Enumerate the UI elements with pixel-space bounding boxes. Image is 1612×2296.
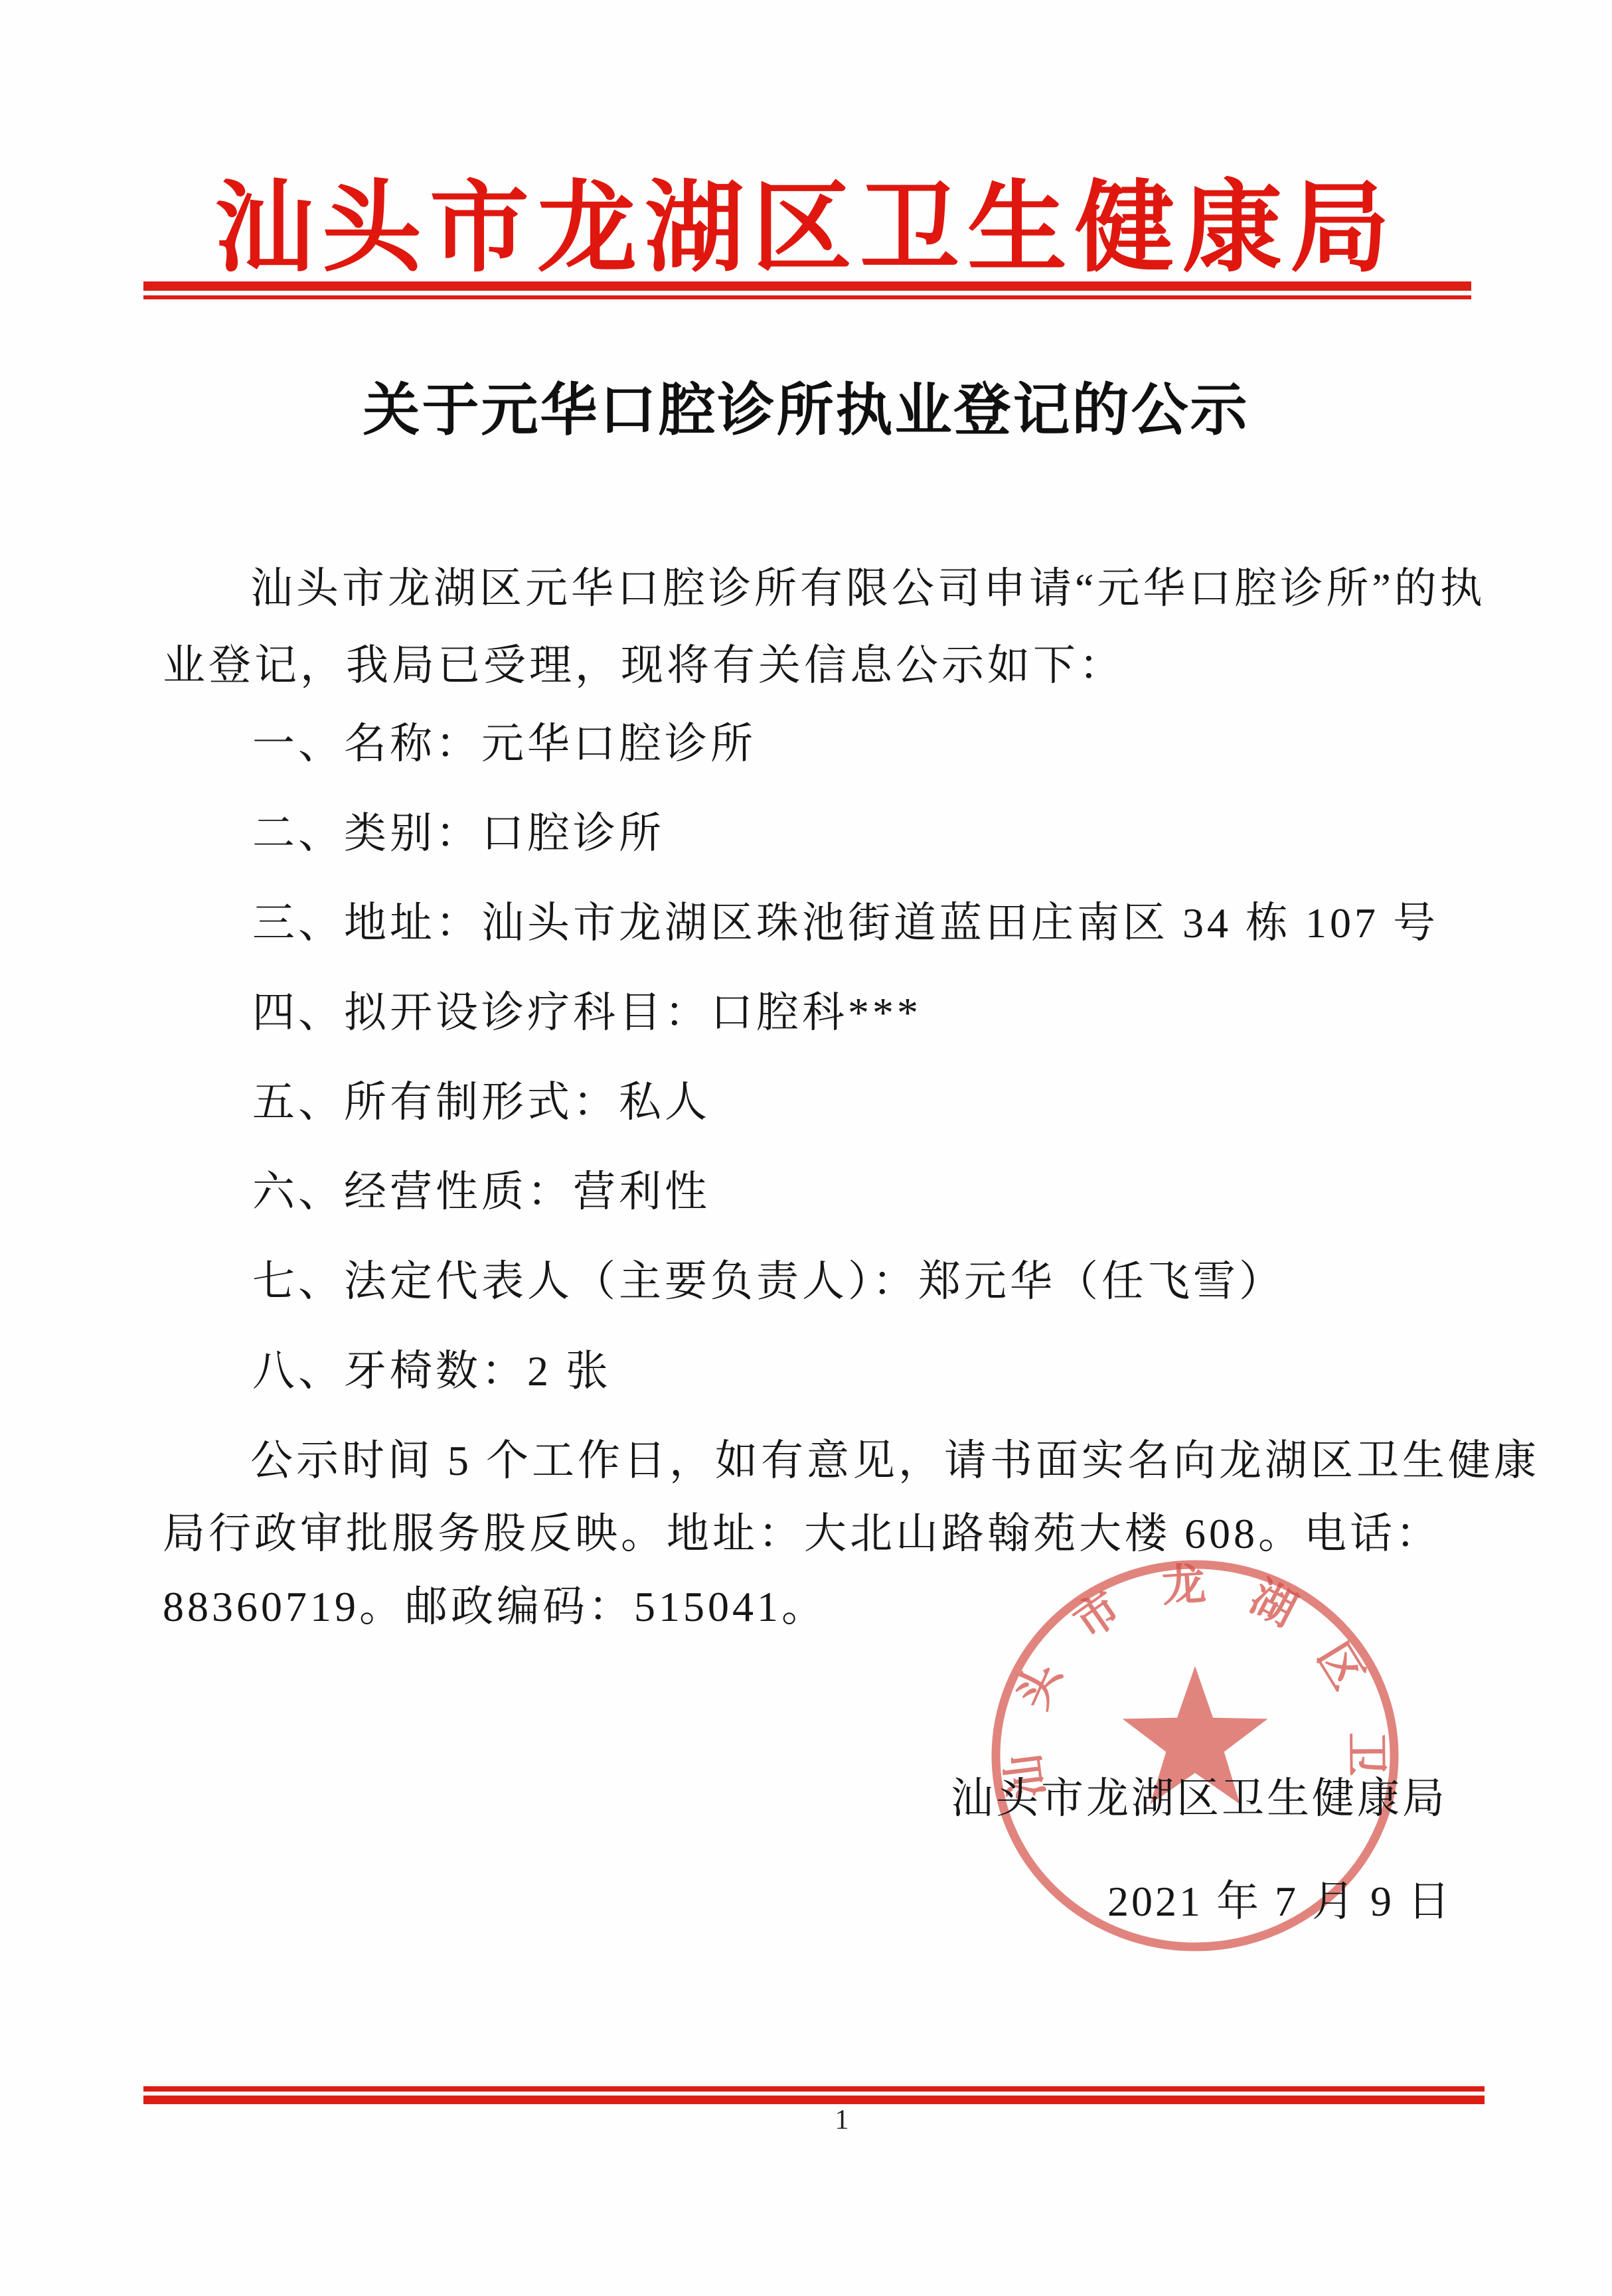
letterhead-rule-thin [143,295,1471,299]
list-item-address: 三、地址：汕头市龙湖区珠池街道蓝田庄南区 34 栋 107 号 [252,900,1439,947]
list-item-name: 一、名称：元华口腔诊所 [252,721,756,767]
page-number: 1 [822,2104,862,2136]
footer-rule-thick [143,2096,1485,2104]
document-title: 关于元华口腔诊所执业登记的公示 [0,364,1612,446]
agency-letterhead: 汕头市龙湖区卫生健康局 [0,147,1612,291]
official-notice-page: 汕头市龙湖区卫生健康局 关于元华口腔诊所执业登记的公示 汕头市龙湖区元华口腔诊所… [0,0,1612,2296]
footer-rule-thin [143,2086,1485,2092]
paragraph-line: 汕头市龙湖区元华口腔诊所有限公司申请“元华口腔诊所”的执 [250,566,1486,612]
list-item-category: 二、类别：口腔诊所 [252,810,665,857]
signature-date: 2021 年 7 月 9 日 [1107,1867,1453,1928]
list-item-departments: 四、拟开设诊疗科目：口腔科*** [252,990,922,1036]
list-item-nature: 六、经营性质：营利性 [252,1169,710,1215]
signature-agency: 汕头市龙湖区卫生健康局 [951,1764,1447,1825]
closing-line: 88360719。邮政编码：515041。 [163,1584,827,1630]
list-item-ownership: 五、所有制形式：私人 [252,1079,710,1126]
closing-line: 公示时间 5 个工作日，如有意见，请书面实名向龙湖区卫生健康 [250,1438,1540,1484]
paragraph-line: 业登记，我局已受理，现将有关信息公示如下： [163,643,1125,689]
list-item-dental-chairs: 八、牙椅数：2 张 [252,1348,611,1395]
list-item-legal-rep: 七、法定代表人（主要负责人）：郑元华（任飞雪） [252,1259,1285,1305]
letterhead-rule-thick [143,281,1471,291]
